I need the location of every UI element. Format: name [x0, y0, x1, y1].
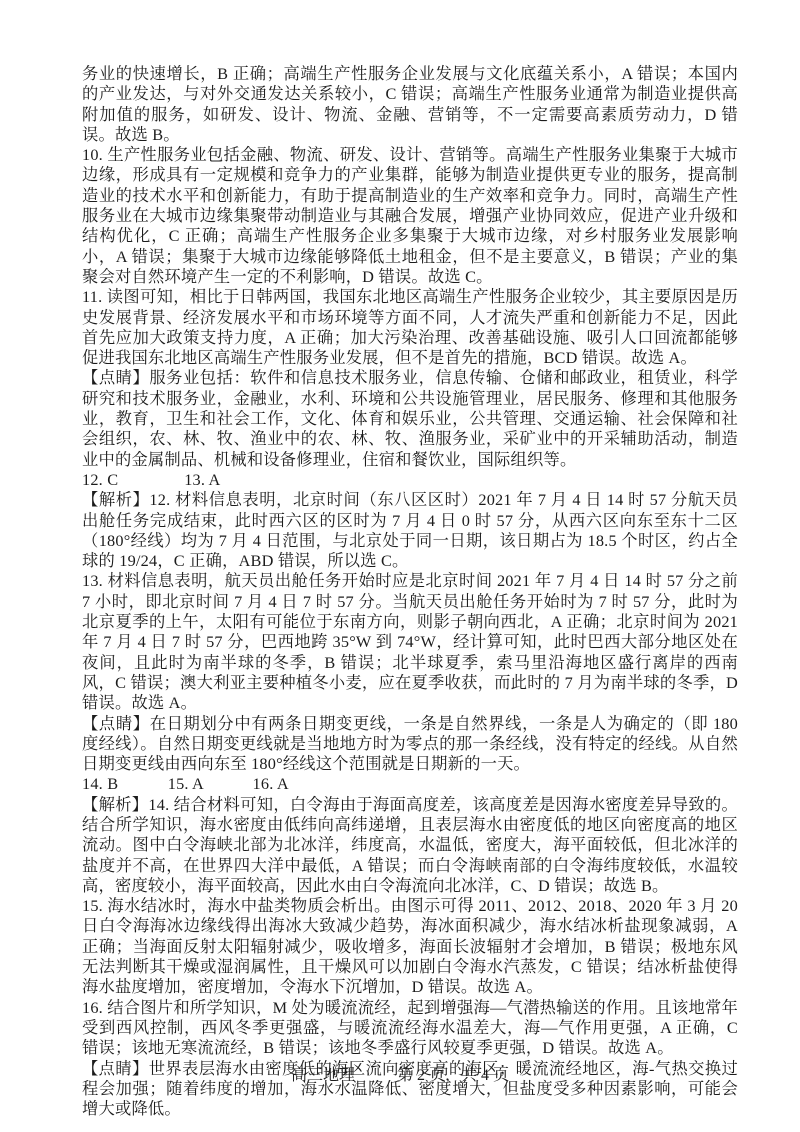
paragraph-q16-explanation: 16. 结合图片和所学知识，M 处为暖流流经，起到增强海—气潜热输送的作用。且该… — [82, 998, 738, 1059]
document-page: 务业的快速增长，B 正确；高端生产性服务企业发展与文化底蕴关系小，A 错误；本国… — [0, 0, 800, 1132]
paragraph-dianjing-dateline-note: 【点睛】在日期划分中有两条日期变更线，一条是自然界线，一条是人为确定的（即 18… — [82, 714, 738, 775]
answer-key-line-14-15-16: 14. B 15. A 16. A — [82, 774, 738, 794]
footer-page-number: 第 2 页，共 4 页 — [397, 1067, 509, 1084]
paragraph-dianjing-services-note: 【点睛】服务业包括：软件和信息技术服务业，信息传输、仓储和邮政业，租赁业，科学研… — [82, 368, 738, 469]
page-footer: 高三地理第 2 页，共 4 页 — [0, 1062, 800, 1085]
answer-explanation-body: 务业的快速增长，B 正确；高端生产性服务企业发展与文化底蕴关系小，A 错误；本国… — [82, 64, 738, 1119]
answer-key-line-12-13: 12. C 13. A — [82, 470, 738, 490]
paragraph-continued-q9-explanation: 务业的快速增长，B 正确；高端生产性服务企业发展与文化底蕴关系小，A 错误；本国… — [82, 64, 738, 145]
paragraph-q10-explanation: 10. 生产性服务业包括金融、物流、研发、设计、营销等。高端生产性服务业集聚于大… — [82, 145, 738, 287]
paragraph-q12-explanation: 【解析】12. 材料信息表明，北京时间（东八区区时）2021 年 7 月 4 日… — [82, 490, 738, 571]
footer-course-label: 高三地理 — [291, 1067, 355, 1084]
paragraph-q15-explanation: 15. 海水结冰时，海水中盐类物质会析出。由图示可得 2011、2012、201… — [82, 896, 738, 997]
paragraph-q14-explanation: 【解析】14. 结合材料可知，白令海由于海面高度差，该高度差是因海水密度差异导致… — [82, 795, 738, 896]
paragraph-q11-explanation: 11. 读图可知，相比于日韩两国，我国东北地区高端生产性服务企业较少，其主要原因… — [82, 287, 738, 368]
paragraph-q13-explanation: 13. 材料信息表明，航天员出舱任务开始时应是北京时间 2021 年 7 月 4… — [82, 571, 738, 713]
